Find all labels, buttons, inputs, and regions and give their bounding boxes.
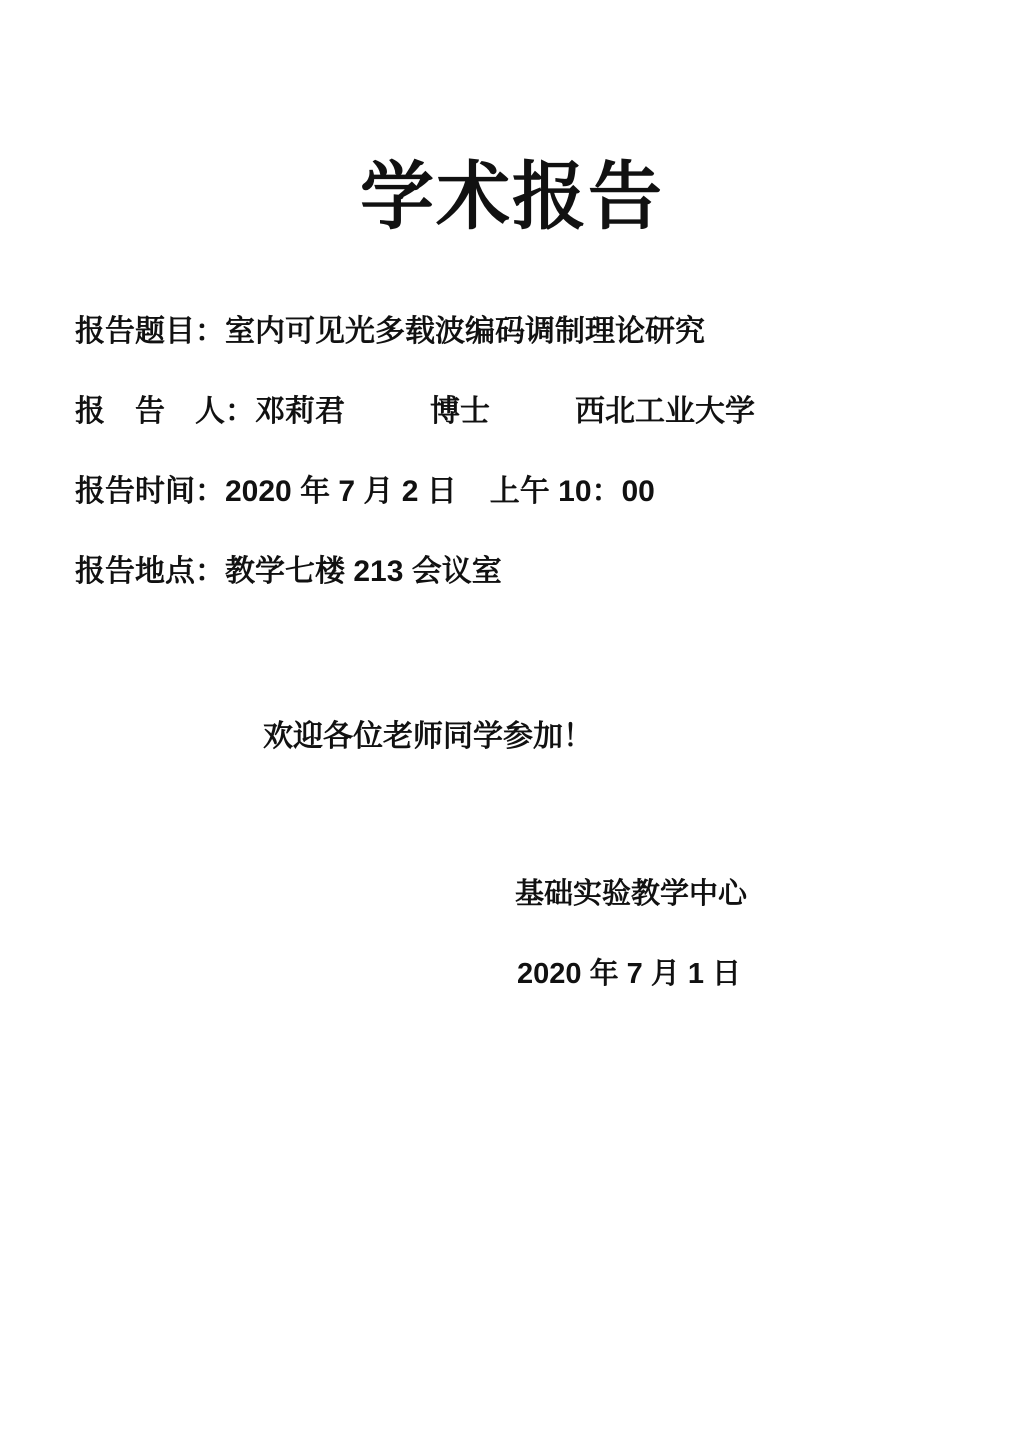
- welcome-note: 欢迎各位老师同学参加！: [263, 711, 593, 755]
- field-topic: 报告题目：室内可见光多载波编码调制理论研究: [75, 306, 705, 350]
- field-venue-label: 报告地点：: [75, 546, 225, 590]
- document-page: 学术报告 报告题目：室内可见光多载波编码调制理论研究 报 告 人：邓莉君博士西北…: [0, 0, 1024, 1448]
- signature-organization: 基础实验教学中心: [515, 871, 747, 912]
- field-time-date: 2020 年 7 月 2 日: [225, 466, 457, 510]
- field-venue: 报告地点：教学七楼 213 会议室: [75, 546, 502, 590]
- field-speaker-name: 邓莉君: [255, 386, 345, 430]
- field-time-of-day: 上午 10：00: [490, 466, 655, 510]
- field-speaker-affiliation: 西北工业大学: [575, 386, 755, 430]
- field-time: 报告时间：2020 年 7 月 2 日上午 10：00: [75, 466, 655, 510]
- document-title: 学术报告: [0, 138, 1024, 244]
- field-venue-value: 教学七楼 213 会议室: [225, 546, 502, 590]
- signature-date: 2020 年 7 月 1 日: [517, 951, 741, 992]
- field-speaker-label: 报 告 人：: [75, 386, 255, 430]
- field-topic-value: 室内可见光多载波编码调制理论研究: [225, 306, 705, 350]
- field-time-label: 报告时间：: [75, 466, 225, 510]
- field-topic-label: 报告题目：: [75, 306, 225, 350]
- field-speaker: 报 告 人：邓莉君博士西北工业大学: [75, 386, 755, 430]
- field-speaker-degree: 博士: [430, 386, 490, 430]
